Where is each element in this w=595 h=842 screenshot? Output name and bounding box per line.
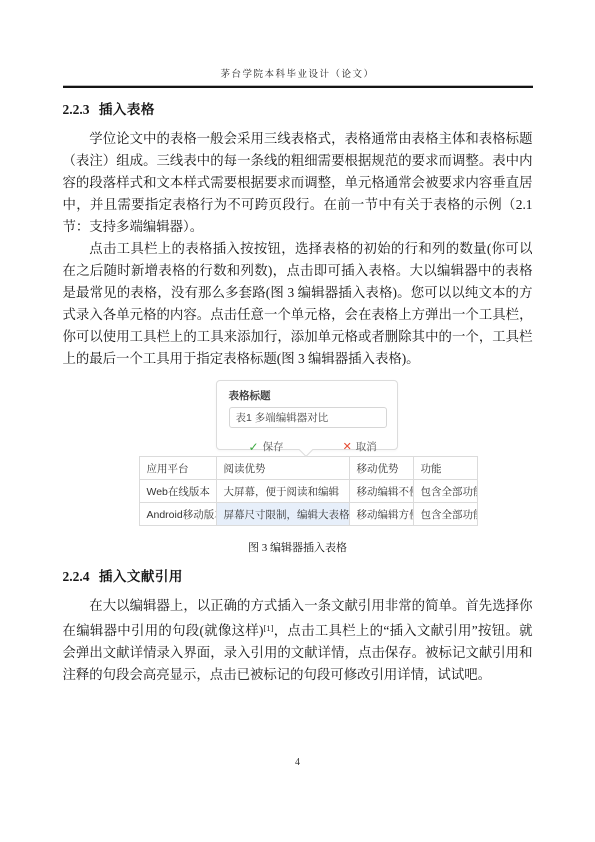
table-header-row: 应用平台 阅读优势 移动优势 功能 (139, 457, 477, 480)
table-cell[interactable]: Web在线版本 (139, 480, 216, 503)
citation-superscript: [1] (264, 623, 274, 633)
save-button-label: 保存 (263, 439, 284, 454)
section-title: 插入文献引用 (99, 569, 183, 584)
table-cell[interactable]: 包含全部功能 (413, 503, 477, 526)
section-heading-2-2-4: 2.2.4 插入文献引用 (63, 568, 533, 585)
paragraph-citation-howto: 在大以编辑器上，以正确的方式插入一条文献引用非常的简单。首先选择你在编辑器中引用… (63, 595, 533, 686)
page-number: 4 (0, 757, 595, 768)
section-number: 2.2.4 (63, 569, 90, 584)
table-cell[interactable]: 包含全部功能 (413, 480, 477, 503)
page-content: 茅台学院本科毕业设计（论文） 2.2.3 插入表格 学位论文中的表格一般会采用三… (63, 0, 533, 686)
table-cell[interactable]: 移动编辑不便 (349, 480, 413, 503)
cancel-button-label: 取消 (356, 439, 377, 454)
table-cell[interactable]: Android移动版本 (139, 503, 216, 526)
table-cell[interactable]: 大屏幕，便于阅读和编辑 (216, 480, 349, 503)
table-cell-active[interactable]: 屏幕尺寸限制，编辑大表格不便 (216, 503, 349, 526)
table-caption-input[interactable] (229, 407, 387, 428)
table-row: Android移动版本 屏幕尺寸限制，编辑大表格不便 移动编辑方便 包含全部功能 (139, 503, 477, 526)
figure-editor-insert-table: 表格标题 ✓ 保存 ✕ 取消 应用平台 阅读优势 移动优势 功能 (63, 380, 533, 527)
table-header-cell[interactable]: 移动优势 (349, 457, 413, 480)
figure-caption: 图 3 编辑器插入表格 (63, 539, 533, 555)
running-header: 茅台学院本科毕业设计（论文） (63, 0, 533, 88)
table-cell[interactable]: 移动编辑方便 (349, 503, 413, 526)
section-heading-2-2-3: 2.2.3 插入表格 (63, 101, 533, 118)
cancel-button[interactable]: ✕ 取消 (343, 439, 377, 454)
save-button[interactable]: ✓ 保存 (249, 439, 284, 454)
table-header-cell[interactable]: 阅读优势 (216, 457, 349, 480)
table-header-cell[interactable]: 应用平台 (139, 457, 216, 480)
paragraph-tables-howto: 点击工具栏上的表格插入按按钮，选择表格的初始的行和列的数量(你可以在之后随时新增… (63, 238, 533, 370)
header-title: 茅台学院本科毕业设计（论文） (63, 66, 533, 80)
paragraph-tables-intro: 学位论文中的表格一般会采用三线表格式，表格通常由表格主体和表格标题（表注）组成。… (63, 128, 533, 238)
header-rule (63, 85, 533, 88)
section-title: 插入表格 (99, 102, 155, 117)
comparison-table: 应用平台 阅读优势 移动优势 功能 Web在线版本 大屏幕，便于阅读和编辑 移动… (139, 456, 478, 526)
table-row: Web在线版本 大屏幕，便于阅读和编辑 移动编辑不便 包含全部功能 (139, 480, 477, 503)
check-icon: ✓ (249, 440, 259, 454)
table-caption-label: 表格标题 (229, 388, 385, 403)
table-caption-dialog: 表格标题 ✓ 保存 ✕ 取消 (216, 380, 398, 450)
section-number: 2.2.3 (63, 102, 90, 117)
table-header-cell[interactable]: 功能 (413, 457, 477, 480)
cell-text: 屏幕尺寸限制，编辑大表格 (224, 509, 350, 521)
close-icon: ✕ (343, 440, 352, 453)
